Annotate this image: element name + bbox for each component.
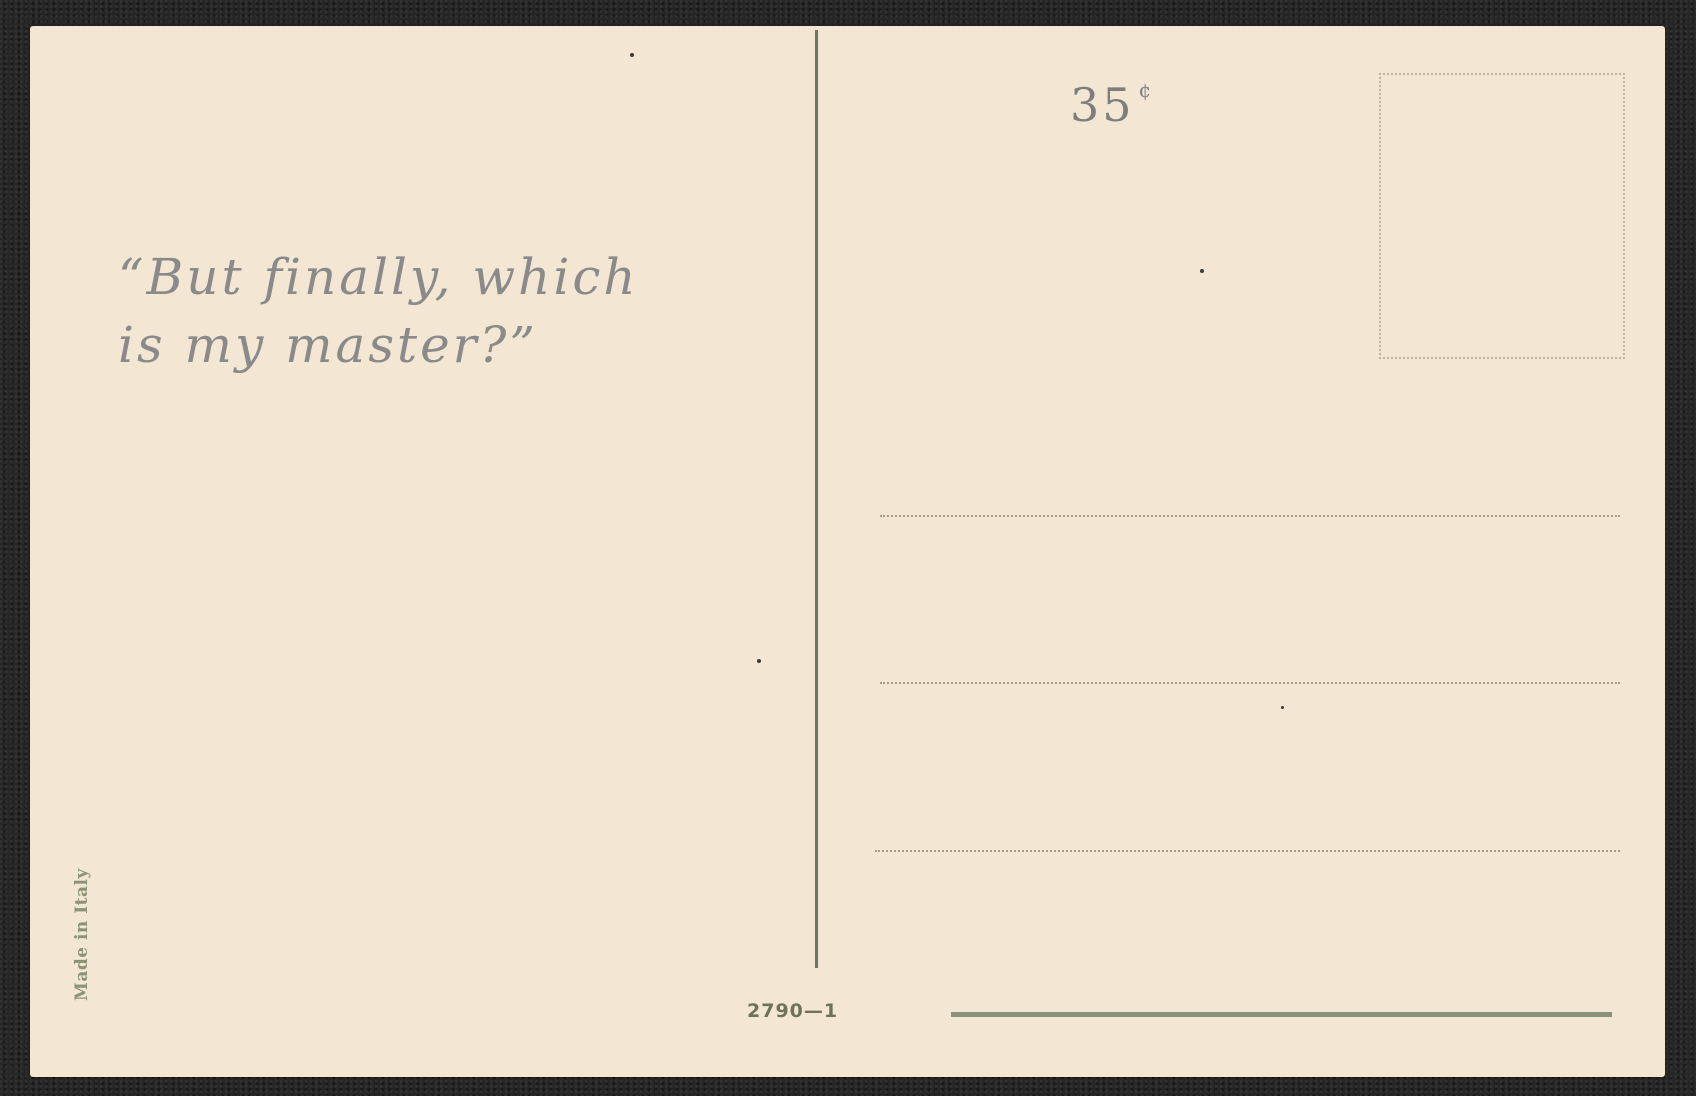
catalog-number: 2790—1 [747,1000,838,1022]
price-cents-mark: ¢ [1139,78,1152,102]
paper-speck [1281,706,1284,709]
price-value: 35 [1070,78,1135,132]
handwritten-message-line-2: is my master?” [118,316,538,374]
address-baseline-bar [951,1012,1612,1017]
handwritten-message-line-1: “But finally, which [118,248,639,306]
address-line-2 [880,682,1620,684]
stamp-placement-box [1379,73,1625,359]
center-divider-line [815,30,818,968]
made-in-italy-imprint: Made in Italy [72,868,92,1001]
handwritten-price-note: 35¢ [1070,78,1151,132]
paper-speck [757,659,761,663]
address-line-3 [875,850,1620,852]
paper-speck [630,53,634,57]
paper-speck [1200,269,1204,273]
address-line-1 [880,515,1620,517]
postcard-back: “But finally, which is my master?” 35¢ M… [30,26,1665,1077]
